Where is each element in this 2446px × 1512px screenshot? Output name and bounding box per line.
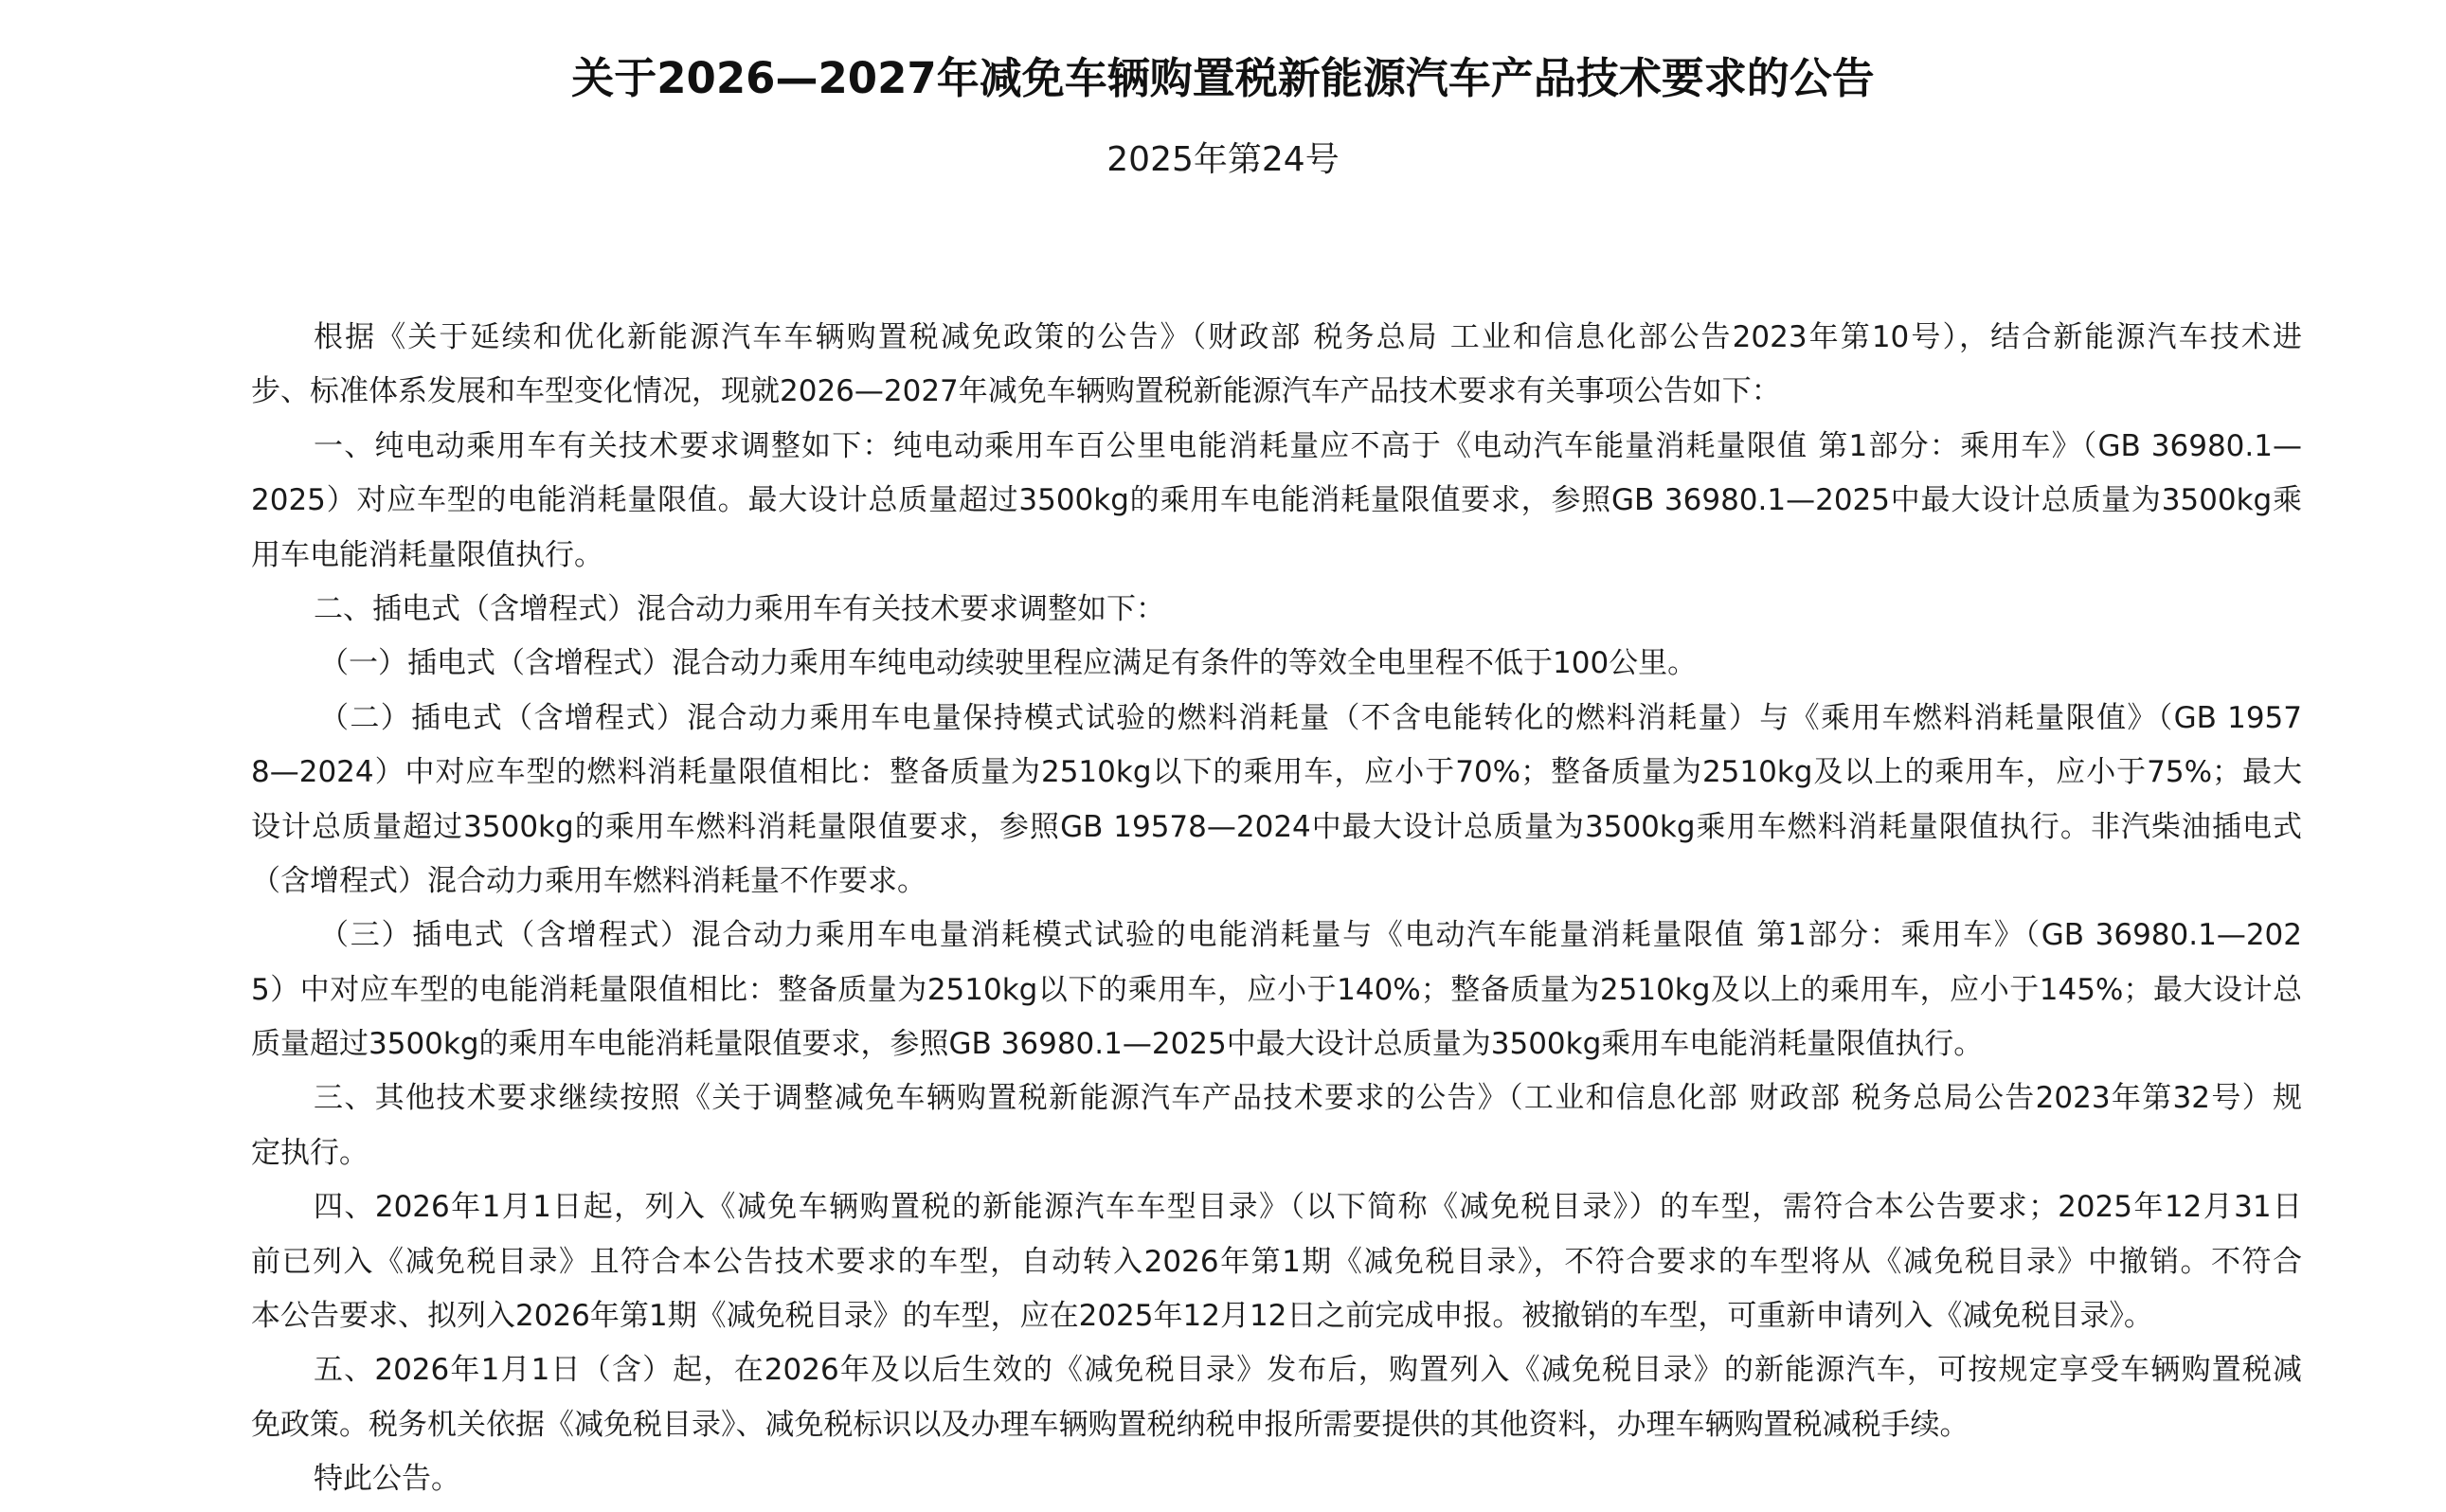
section-1-line: 用车电能消耗量限值执行。 xyxy=(251,529,2302,583)
section-2-3-line: 5）中对应车型的电能消耗量限值相比：整备质量为2510kg以下的乘用车，应小于1… xyxy=(251,963,2302,1017)
section-2-2-line: （含增程式）混合动力乘用车燃料消耗量不作要求。 xyxy=(251,855,2302,909)
paragraph-intro-line: 根据《关于延续和优化新能源汽车车辆购置税减免政策的公告》（财政部 税务总局 工业… xyxy=(251,311,2302,365)
section-2-1-line: （一）插电式（含增程式）混合动力乘用车纯电动续驶里程应满足有条件的等效全电里程不… xyxy=(251,637,2302,691)
section-2-2-line: 8—2024）中对应车型的燃料消耗量限值相比：整备质量为2510kg以下的乘用车… xyxy=(251,746,2302,800)
section-3-line: 定执行。 xyxy=(251,1126,2302,1180)
document-title: 关于2026—2027年减免车辆购置税新能源汽车产品技术要求的公告 xyxy=(0,44,2446,105)
closing-line: 特此公告。 xyxy=(251,1452,2302,1506)
document-number: 2025年第24号 xyxy=(0,133,2446,181)
section-4-line: 本公告要求、拟列入2026年第1期《减免税目录》的车型，应在2025年12月12… xyxy=(251,1289,2302,1343)
section-3-line: 三、其他技术要求继续按照《关于调整减免车辆购置税新能源汽车产品技术要求的公告》（… xyxy=(251,1071,2302,1125)
section-2-heading: 二、插电式（含增程式）混合动力乘用车有关技术要求调整如下： xyxy=(251,583,2302,637)
section-2-3-line: 质量超过3500kg的乘用车电能消耗量限值要求，参照GB 36980.1—202… xyxy=(251,1017,2302,1071)
paragraph-intro-line: 步、标准体系发展和车型变化情况，现就2026—2027年减免车辆购置税新能源汽车… xyxy=(251,365,2302,419)
document-body: 根据《关于延续和优化新能源汽车车辆购置税减免政策的公告》（财政部 税务总局 工业… xyxy=(251,311,2302,1507)
section-1-line: 2025）对应车型的电能消耗量限值。最大设计总质量超过3500kg的乘用车电能消… xyxy=(251,474,2302,528)
section-2-2-line: 设计总质量超过3500kg的乘用车燃料消耗量限值要求，参照GB 19578—20… xyxy=(251,801,2302,855)
section-1-line: 一、纯电动乘用车有关技术要求调整如下：纯电动乘用车百公里电能消耗量应不高于《电动… xyxy=(251,420,2302,474)
section-5-line: 免政策。税务机关依据《减免税目录》、减免税标识以及办理车辆购置税纳税申报所需要提… xyxy=(251,1398,2302,1452)
section-5-line: 五、2026年1月1日（含）起，在2026年及以后生效的《减免税目录》发布后，购… xyxy=(251,1343,2302,1397)
section-4-line: 四、2026年1月1日起，列入《减免车辆购置税的新能源汽车车型目录》（以下简称《… xyxy=(251,1180,2302,1234)
section-4-line: 前已列入《减免税目录》且符合本公告技术要求的车型，自动转入2026年第1期《减免… xyxy=(251,1235,2302,1289)
section-2-3-line: （三）插电式（含增程式）混合动力乘用车电量消耗模式试验的电能消耗量与《电动汽车能… xyxy=(251,909,2302,963)
section-2-2-line: （二）插电式（含增程式）混合动力乘用车电量保持模式试验的燃料消耗量（不含电能转化… xyxy=(251,692,2302,746)
